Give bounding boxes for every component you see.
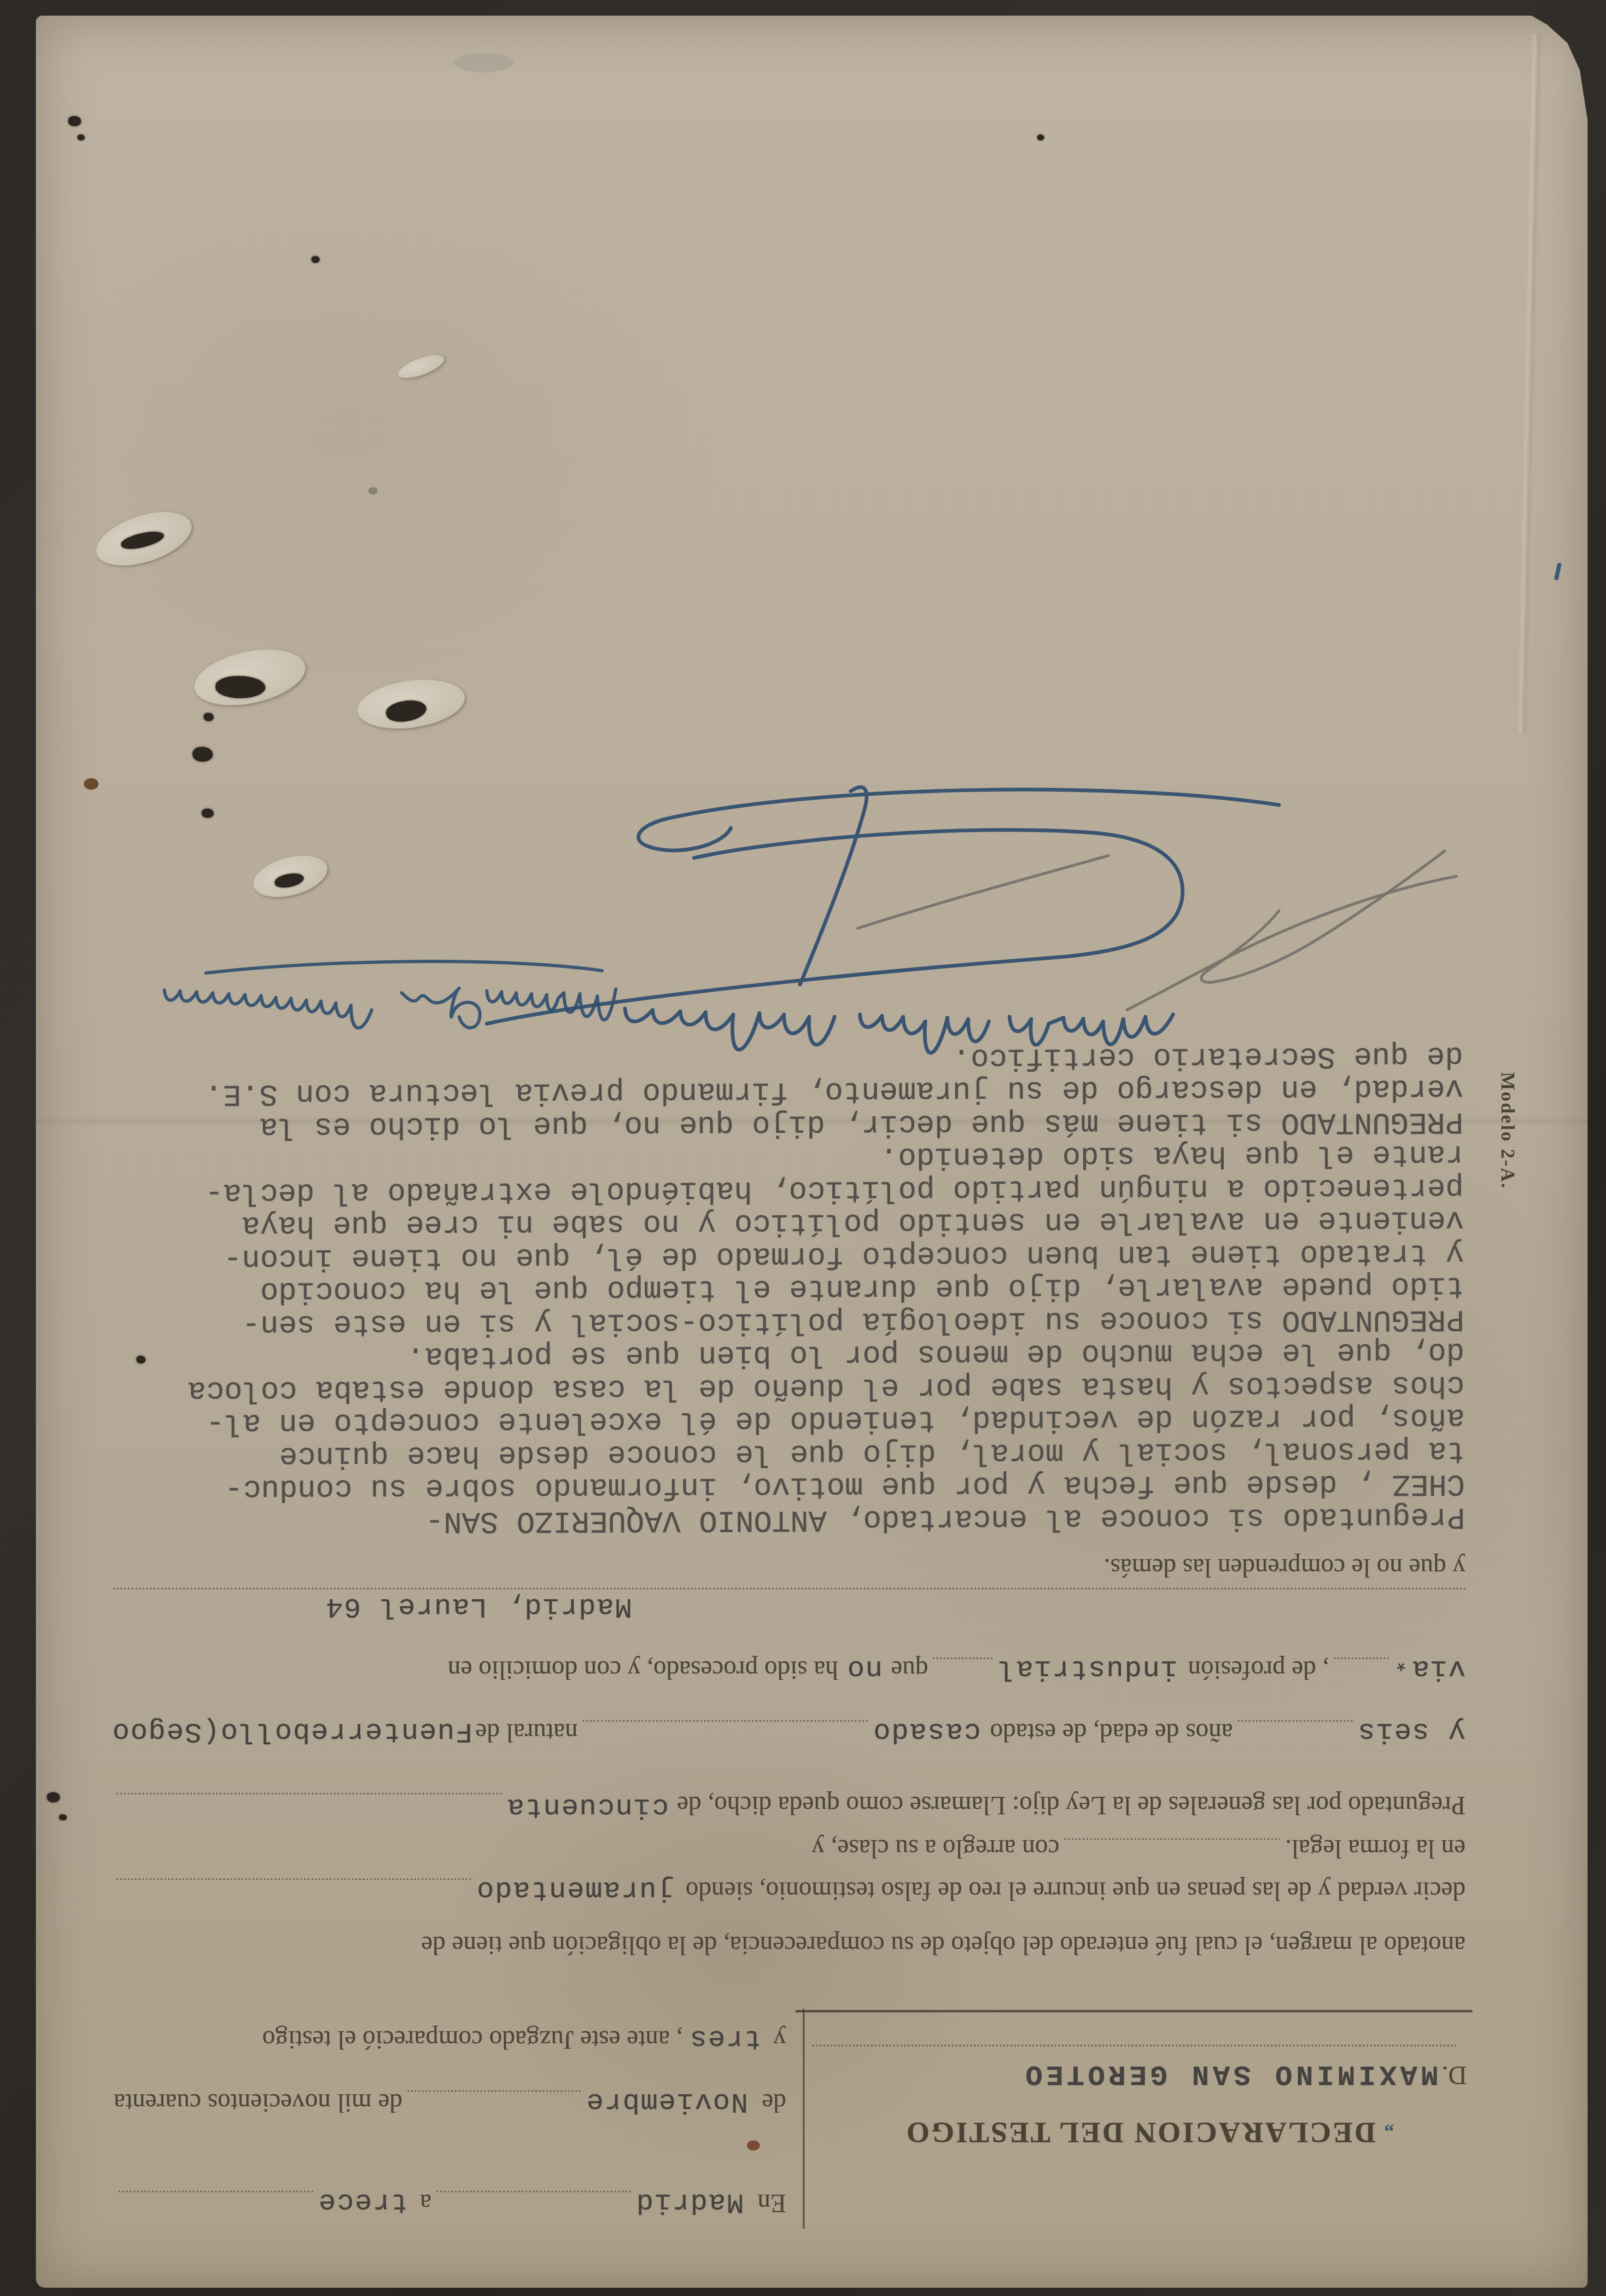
body-line-decir: decir verdad y de las penas en que incur… xyxy=(111,1874,1466,1906)
typed-day: trece xyxy=(318,2186,408,2219)
printed-profesion-label: , de profesión xyxy=(1188,1655,1329,1684)
worm-hole xyxy=(193,747,213,762)
body-line-domicilio: Madrid, Laurel 64 xyxy=(111,1588,1466,1625)
printed-forma-legal: en la forma legal. xyxy=(1285,1834,1466,1863)
printed-year-tail: de mil novecientos cuarenta xyxy=(114,2088,403,2117)
rust-stain xyxy=(747,2140,760,2150)
printed-anos-estado: años de edad, de estado xyxy=(990,1718,1233,1747)
worm-hole xyxy=(77,134,85,140)
printed-natural-de: natural de xyxy=(475,1718,578,1747)
smudge xyxy=(454,53,514,72)
typed-industrial: industrial xyxy=(997,1653,1178,1685)
worm-hole xyxy=(1037,134,1044,140)
worm-hole xyxy=(47,1792,60,1802)
declaration-line: chos aspectos y hasta sabe por el dueño … xyxy=(111,1369,1465,1407)
typed-no: no xyxy=(847,1653,882,1685)
signature-area xyxy=(114,701,1477,1109)
worm-hole xyxy=(202,809,214,818)
printed-generales: Preguntado por las generales de la Ley d… xyxy=(677,1790,1466,1820)
date-line-1: En Madrid a trece xyxy=(114,2186,786,2219)
stain-speck xyxy=(84,778,99,790)
dotted-leader xyxy=(1064,1838,1280,1844)
printed-en: En xyxy=(758,2188,786,2218)
dotted-leader xyxy=(407,2090,581,2096)
body-line-generales: Preguntado por las generales de la Ley d… xyxy=(111,1788,1466,1821)
printed-procesado-tail: ha sido procesado, y con domicilio en xyxy=(448,1655,838,1684)
declaration-line: ta personal, social y moral, dijo que le… xyxy=(111,1434,1465,1473)
paper-sheet: „DECLARACION DEL TESTIGO D. MAXIMINO SAN… xyxy=(36,16,1588,2288)
margin-box-rule xyxy=(795,2010,1472,2012)
body-line-anotado: anotado al margen, el cual fué enterado … xyxy=(111,1930,1466,1960)
declaration-line: PREGUNTADO si tiene más que decir, dijo … xyxy=(109,1105,1463,1144)
printed-y: y xyxy=(773,2025,786,2054)
body-line-edad: y seis años de edad, de estado casado na… xyxy=(111,1715,1466,1748)
typed-cincuenta: cincuenta xyxy=(506,1791,669,1824)
pencil-signature xyxy=(858,851,1456,1010)
open-quote-mark: „ xyxy=(1382,2123,1394,2145)
worm-hole xyxy=(216,676,265,698)
typed-city: Madrid xyxy=(636,2186,744,2219)
worm-hole xyxy=(311,256,320,263)
declaration-line: Preguntado si conoce al encartado, ANTON… xyxy=(111,1500,1465,1539)
honorific: D. xyxy=(1442,2060,1467,2090)
printed-arreglo: con arreglo a su clase, y xyxy=(812,1834,1059,1863)
dotted-leader xyxy=(582,1720,868,1725)
dotted-leader xyxy=(111,1588,1466,1593)
typed-declaration-block: Preguntado si conoce al encartado, ANTON… xyxy=(109,1039,1466,1539)
declaration-line: PREGUNTADO si conoce su ideología políti… xyxy=(110,1303,1464,1341)
printed-anotado: anotado al margen, el cual fué enterado … xyxy=(421,1930,1466,1960)
body-line-forma-legal: en la forma legal. con arreglo a su clas… xyxy=(111,1834,1466,1863)
worm-hole xyxy=(59,1814,67,1820)
typed-naturaleza: Fuenterrebollo(Segoo xyxy=(111,1715,473,1748)
typed-domicilio: Madrid, Laurel 64 xyxy=(325,1591,632,1623)
worm-hole xyxy=(68,116,81,126)
witness-name-row: D. MAXIMINO SAN GEROTEO xyxy=(1022,2058,1467,2091)
worm-hole xyxy=(204,713,214,721)
printed-de: de xyxy=(762,2088,786,2117)
declaration-line: y tratado tiene tan buen concepto formad… xyxy=(110,1237,1464,1276)
typed-year-word: tres xyxy=(689,2022,761,2055)
form-title: „DECLARACION DEL TESTIGO xyxy=(905,2115,1394,2150)
typed-month: Noviembre xyxy=(585,2086,748,2118)
dotted-leader xyxy=(1334,1657,1389,1663)
printed-comparecio: , ante este Juzgado compareció el testig… xyxy=(262,2025,683,2054)
body-line-profesion: via * , de profesión industrial que no h… xyxy=(111,1653,1466,1685)
body-line-comprenden: y que no le comprenden las demás. xyxy=(111,1553,1466,1582)
scanned-page: „DECLARACION DEL TESTIGO D. MAXIMINO SAN… xyxy=(0,0,1606,2296)
typed-juramentado: juramentado xyxy=(476,1874,674,1906)
dotted-leader xyxy=(933,1657,993,1663)
typed-naturaleza-cont: via xyxy=(1411,1653,1466,1685)
dotted-leader xyxy=(116,1878,471,1884)
printed-a: a xyxy=(420,2188,432,2218)
printed-que: que xyxy=(891,1655,928,1684)
typed-casado: casado xyxy=(872,1715,981,1748)
typed-y-seis: y seis xyxy=(1357,1715,1466,1748)
dotted-leader xyxy=(436,2191,631,2196)
dotted-leader xyxy=(1238,1720,1353,1725)
date-line-2: de Noviembre de mil novecientos cuarenta xyxy=(114,2086,786,2118)
typed-asterisk: * xyxy=(1394,1648,1408,1673)
margin-divider-line xyxy=(803,2009,805,2229)
declaration-line: pertenecido a ningún partido político, h… xyxy=(110,1171,1464,1210)
worm-hole xyxy=(136,1356,146,1364)
date-line-3: y tres , ante este Juzgado compareció el… xyxy=(114,2022,786,2055)
printed-decir: decir verdad y de las penas en que incur… xyxy=(686,1876,1466,1906)
dotted-leader xyxy=(116,1793,502,1798)
name-dotted-rule xyxy=(812,2045,1456,2046)
fiber-speck xyxy=(368,487,378,495)
witness-signature xyxy=(164,962,616,1028)
dotted-leader xyxy=(118,2191,313,2196)
printed-comprenden: y que no le comprenden las demás. xyxy=(1104,1553,1466,1582)
model-label: Modelo 2-A. xyxy=(1496,1072,1518,1189)
witness-name: MAXIMINO SAN GEROTEO xyxy=(1022,2058,1438,2091)
form-title-text: DECLARACION DEL TESTIGO xyxy=(905,2116,1376,2149)
form-content-rotated: „DECLARACION DEL TESTIGO D. MAXIMINO SAN… xyxy=(36,16,1588,2288)
